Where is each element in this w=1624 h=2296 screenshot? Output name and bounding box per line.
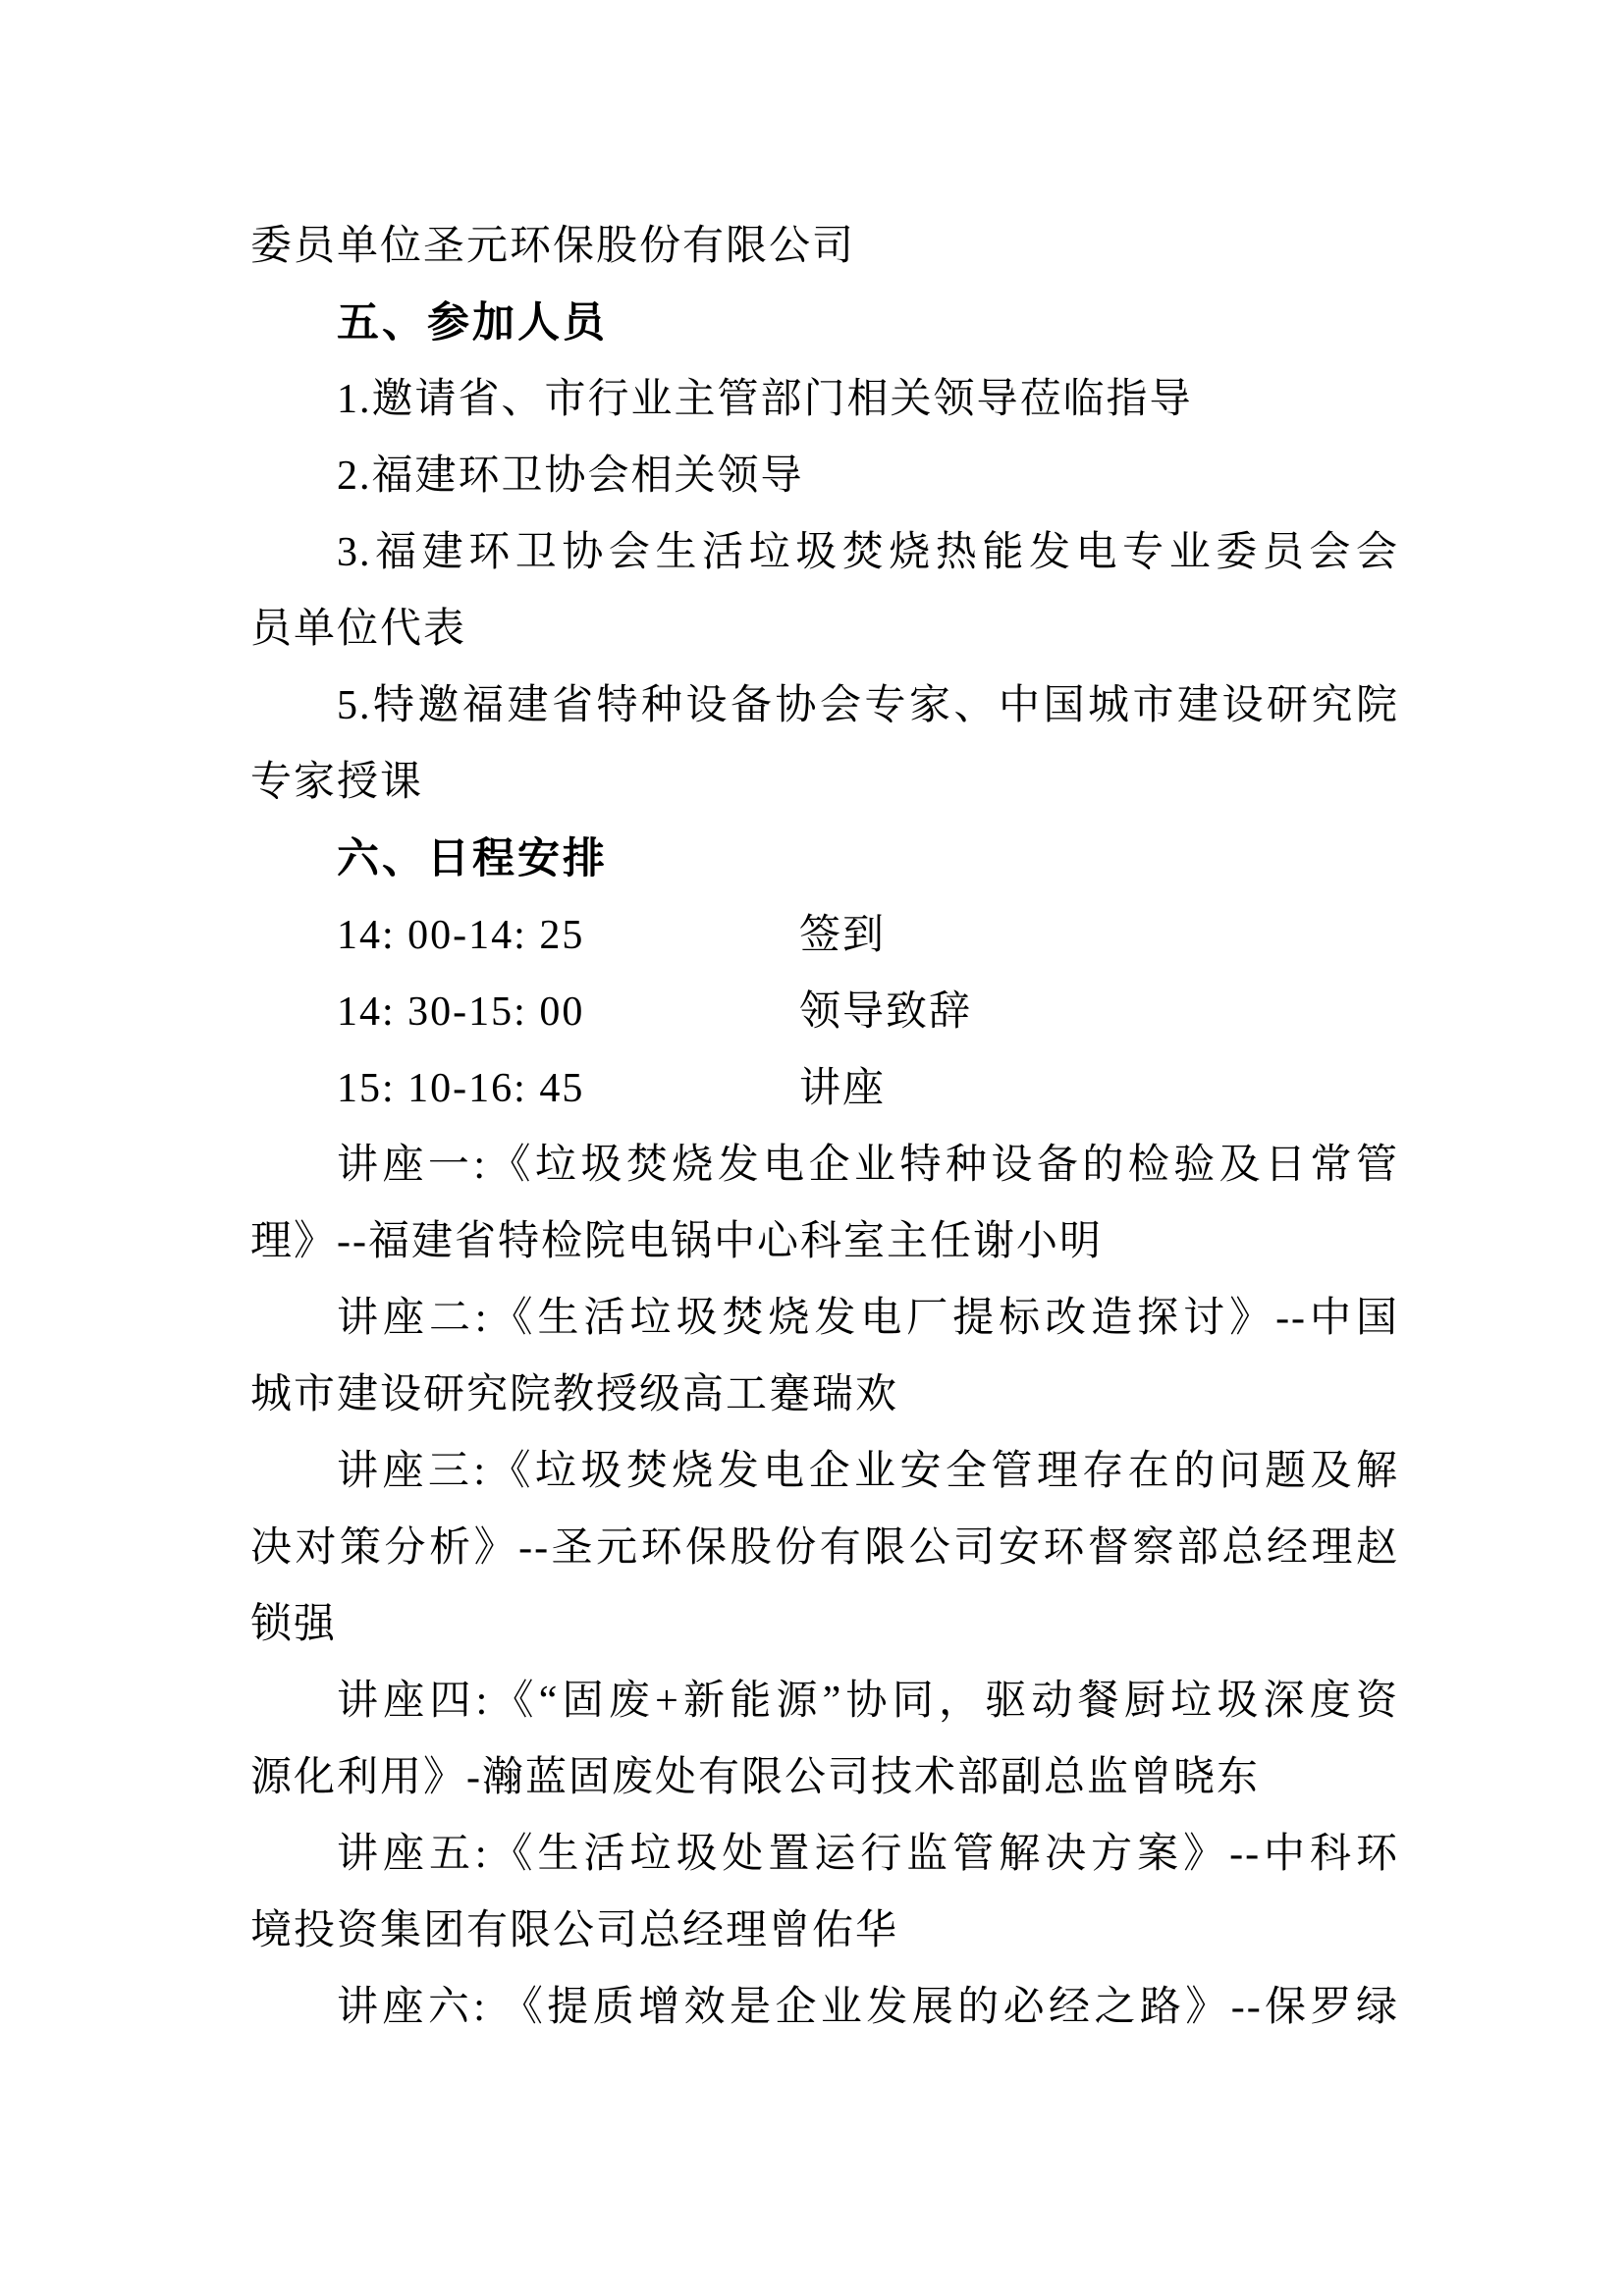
lecture-line: 决对策分析》--圣元环保股份有限公司安环督察部总经理赵 <box>250 1510 1399 1586</box>
paragraph-line: 委员单位圣元环保股份有限公司 <box>250 208 1399 285</box>
lecture-line: 讲座一:《垃圾焚烧发电企业特种设备的检验及日常管 <box>250 1127 1399 1203</box>
lecture-line: 讲座四:《“固废+新能源”协同，驱动餐厨垃圾深度资 <box>250 1663 1399 1739</box>
lecture-line: 理》--福建省特检院电锅中心科室主任谢小明 <box>250 1203 1399 1280</box>
schedule-activity: 讲座 <box>799 1066 886 1111</box>
schedule-time: 15: 10-16: 45 <box>337 1050 799 1127</box>
lecture-line: 锁强 <box>250 1586 1399 1663</box>
section-heading-participants: 五、参加人员 <box>250 285 1399 361</box>
document-content: 委员单位圣元环保股份有限公司 五、参加人员 1.邀请省、市行业主管部门相关领导莅… <box>250 208 1399 2046</box>
schedule-row: 14: 00-14: 25签到 <box>250 897 1399 974</box>
schedule-activity: 签到 <box>799 913 886 958</box>
lecture-line: 境投资集团有限公司总经理曾佑华 <box>250 1893 1399 1969</box>
schedule-row: 15: 10-16: 45讲座 <box>250 1050 1399 1127</box>
schedule-time: 14: 30-15: 00 <box>337 974 799 1050</box>
paragraph-line: 3.福建环卫协会生活垃圾焚烧热能发电专业委员会会 <box>250 514 1399 591</box>
paragraph-line: 员单位代表 <box>250 591 1399 667</box>
document-page: 委员单位圣元环保股份有限公司 五、参加人员 1.邀请省、市行业主管部门相关领导莅… <box>0 0 1624 2296</box>
paragraph-line: 专家授课 <box>250 744 1399 821</box>
section-heading-agenda: 六、日程安排 <box>250 821 1399 897</box>
lecture-line: 讲座二:《生活垃圾焚烧发电厂提标改造探讨》--中国 <box>250 1280 1399 1357</box>
lecture-line: 讲座三:《垃圾焚烧发电企业安全管理存在的问题及解 <box>250 1433 1399 1510</box>
paragraph-line: 5.特邀福建省特种设备协会专家、中国城市建设研究院 <box>250 667 1399 744</box>
schedule-activity: 领导致辞 <box>799 989 972 1035</box>
lecture-line: 城市建设研究院教授级高工蹇瑞欢 <box>250 1357 1399 1433</box>
paragraph-line: 2.福建环卫协会相关领导 <box>250 438 1399 514</box>
schedule-time: 14: 00-14: 25 <box>337 897 799 974</box>
lecture-line: 讲座五:《生活垃圾处置运行监管解决方案》--中科环 <box>250 1816 1399 1893</box>
paragraph-line: 1.邀请省、市行业主管部门相关领导莅临指导 <box>250 361 1399 438</box>
lecture-line: 源化利用》-瀚蓝固废处有限公司技术部副总监曾晓东 <box>250 1739 1399 1816</box>
schedule-row: 14: 30-15: 00领导致辞 <box>250 974 1399 1050</box>
lecture-line: 讲座六: 《提质增效是企业发展的必经之路》--保罗绿 <box>250 1969 1399 2046</box>
